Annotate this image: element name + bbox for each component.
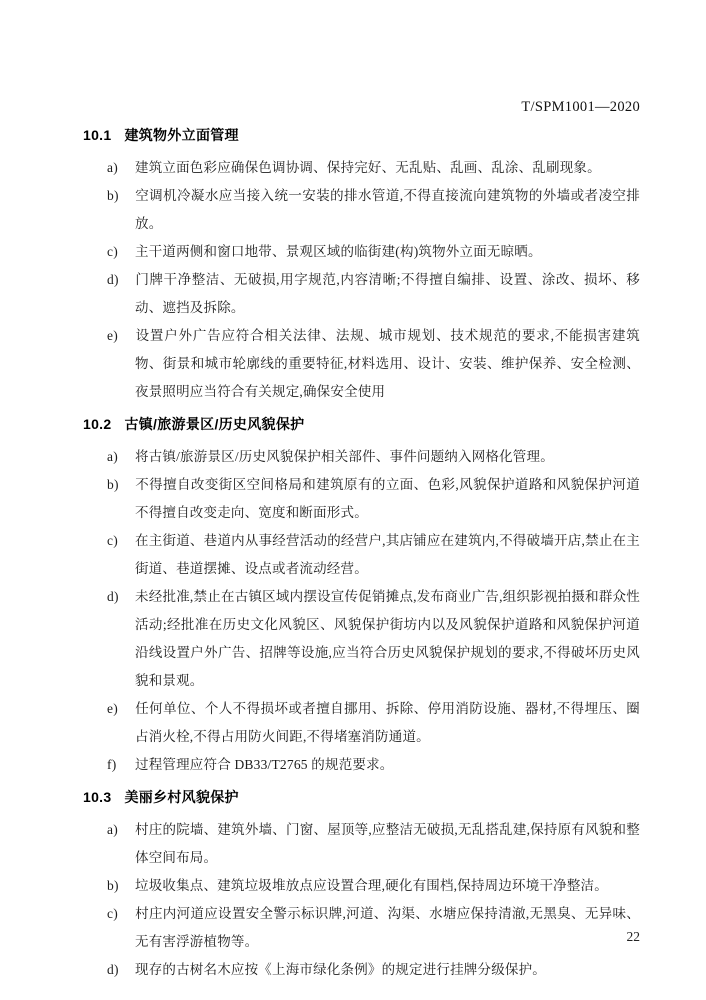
list-item: d)现存的古树名木应按《上海市绿化条例》的规定进行挂牌分级保护。 [83,956,640,984]
section-title: 建筑物外立面管理 [124,127,238,143]
page-content: T/SPM1001—2020 10.1建筑物外立面管理 a)建筑立面色彩应确保色… [83,97,640,986]
document-page: T/SPM1001—2020 10.1建筑物外立面管理 a)建筑立面色彩应确保色… [0,0,706,1000]
list-item: d)门牌干净整洁、无破损,用字规范,内容清晰;不得擅自编排、设置、涂改、损坏、移… [83,266,640,322]
item-label: c) [107,238,135,266]
list-item: c)主干道两侧和窗口地带、景观区域的临街建(构)筑物外立面无晾晒。 [83,238,640,266]
item-label: a) [107,816,135,844]
section-items: a)建筑立面色彩应确保色调协调、保持完好、无乱贴、乱画、乱涂、乱刷现象。 b)空… [83,154,640,406]
list-item: b)不得擅自改变街区空间格局和建筑原有的立面、色彩,风貌保护道路和风貌保护河道不… [83,471,640,527]
section-10-1: 10.1建筑物外立面管理 a)建筑立面色彩应确保色调协调、保持完好、无乱贴、乱画… [83,126,640,406]
item-label: d) [107,266,135,294]
item-text: 将古镇/旅游景区/历史风貌保护相关部件、事件问题纳入网格化管理。 [135,449,554,464]
item-label: e) [107,322,135,350]
item-text: 村庄的院墙、建筑外墙、门窗、屋顶等,应整洁无破损,无乱搭乱建,保持原有风貌和整体… [135,822,640,865]
list-item: a)村庄的院墙、建筑外墙、门窗、屋顶等,应整洁无破损,无乱搭乱建,保持原有风貌和… [83,816,640,872]
section-number: 10.3 [83,789,111,805]
item-label: c) [107,900,135,928]
item-text: 村庄内河道应设置安全警示标识牌,河道、沟渠、水塘应保持清澈,无黑臭、无异味、无有… [135,906,640,949]
item-text: 设置户外广告应符合相关法律、法规、城市规划、技术规范的要求,不能损害建筑物、街景… [135,328,640,399]
item-label: b) [107,471,135,499]
document-code: T/SPM1001—2020 [83,97,640,117]
item-text: 任何单位、个人不得损坏或者擅自挪用、拆除、停用消防设施、器材,不得埋压、圈占消火… [135,701,640,744]
list-item: a)建筑立面色彩应确保色调协调、保持完好、无乱贴、乱画、乱涂、乱刷现象。 [83,154,640,182]
section-items: a)村庄的院墙、建筑外墙、门窗、屋顶等,应整洁无破损,无乱搭乱建,保持原有风貌和… [83,816,640,984]
list-item: f)过程管理应符合 DB33/T2765 的规范要求。 [83,751,640,779]
section-heading: 10.3美丽乡村风貌保护 [83,788,640,806]
item-text: 建筑立面色彩应确保色调协调、保持完好、无乱贴、乱画、乱涂、乱刷现象。 [135,160,601,175]
item-label: a) [107,154,135,182]
section-10-2: 10.2古镇/旅游景区/历史风貌保护 a)将古镇/旅游景区/历史风貌保护相关部件… [83,415,640,779]
section-number: 10.1 [83,127,111,143]
item-label: d) [107,956,135,984]
section-title: 古镇/旅游景区/历史风貌保护 [124,416,304,432]
list-item: b)垃圾收集点、建筑垃圾堆放点应设置合理,硬化有围档,保持周边环境干净整洁。 [83,872,640,900]
list-item: b)空调机冷凝水应当接入统一安装的排水管道,不得直接流向建筑物的外墙或者凌空排放… [83,182,640,238]
list-item: d)未经批准,禁止在古镇区域内摆设宣传促销摊点,发布商业广告,组织影视拍摄和群众… [83,583,640,695]
list-item: e)任何单位、个人不得损坏或者擅自挪用、拆除、停用消防设施、器材,不得埋压、圈占… [83,695,640,751]
page-number: 22 [627,929,641,945]
section-heading: 10.2古镇/旅游景区/历史风貌保护 [83,415,640,433]
item-text: 空调机冷凝水应当接入统一安装的排水管道,不得直接流向建筑物的外墙或者凌空排放。 [135,188,640,231]
section-title: 美丽乡村风貌保护 [124,789,238,805]
list-item: a)将古镇/旅游景区/历史风貌保护相关部件、事件问题纳入网格化管理。 [83,443,640,471]
section-number: 10.2 [83,416,111,432]
item-text: 垃圾收集点、建筑垃圾堆放点应设置合理,硬化有围档,保持周边环境干净整洁。 [135,878,608,893]
item-label: c) [107,527,135,555]
item-label: d) [107,583,135,611]
item-label: a) [107,443,135,471]
item-label: e) [107,695,135,723]
item-label: b) [107,872,135,900]
item-text: 主干道两侧和窗口地带、景观区域的临街建(构)筑物外立面无晾晒。 [135,244,542,259]
item-text: 在主街道、巷道内从事经营活动的经营户,其店铺应在建筑内,不得破墙开店,禁止在主街… [135,533,640,576]
section-items: a)将古镇/旅游景区/历史风貌保护相关部件、事件问题纳入网格化管理。 b)不得擅… [83,443,640,779]
item-label: b) [107,182,135,210]
list-item: c)在主街道、巷道内从事经营活动的经营户,其店铺应在建筑内,不得破墙开店,禁止在… [83,527,640,583]
item-text: 不得擅自改变街区空间格局和建筑原有的立面、色彩,风貌保护道路和风貌保护河道不得擅… [135,477,640,520]
section-heading: 10.1建筑物外立面管理 [83,126,640,144]
item-text: 未经批准,禁止在古镇区域内摆设宣传促销摊点,发布商业广告,组织影视拍摄和群众性活… [135,589,640,688]
section-10-3: 10.3美丽乡村风貌保护 a)村庄的院墙、建筑外墙、门窗、屋顶等,应整洁无破损,… [83,788,640,984]
item-text: 现存的古树名木应按《上海市绿化条例》的规定进行挂牌分级保护。 [135,962,546,977]
list-item: e)设置户外广告应符合相关法律、法规、城市规划、技术规范的要求,不能损害建筑物、… [83,322,640,406]
item-text: 门牌干净整洁、无破损,用字规范,内容清晰;不得擅自编排、设置、涂改、损坏、移动、… [135,272,640,315]
item-label: f) [107,751,135,779]
item-text: 过程管理应符合 DB33/T2765 的规范要求。 [135,757,394,772]
list-item: c)村庄内河道应设置安全警示标识牌,河道、沟渠、水塘应保持清澈,无黑臭、无异味、… [83,900,640,956]
